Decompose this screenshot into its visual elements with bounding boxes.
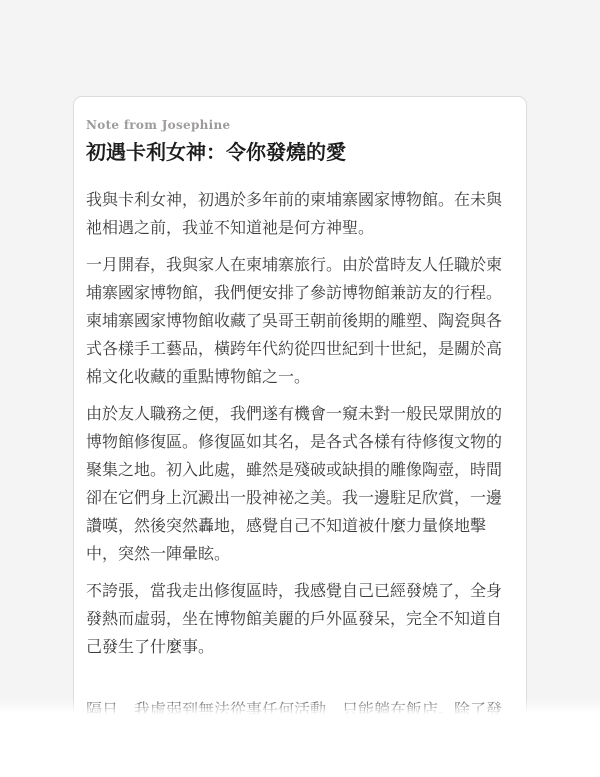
article-paragraph-2: 一月開春，我與家人在柬埔寨旅行。由於當時友人任職於柬埔寨國家博物館，我們便安排了… <box>86 252 514 392</box>
article-paragraph-1: 我與卡利女神，初遇於多年前的柬埔寨國家博物館。在未與祂相遇之前，我並不知道祂是何… <box>86 187 514 243</box>
article-paragraph-4: 不誇張，當我走出修復區時，我感覺自己已經發燒了，全身發熱而虛弱，坐在博物館美麗的… <box>86 578 514 662</box>
article-paragraph-3: 由於友人職務之便，我們遂有機會一窺未對一般民眾開放的博物館修復區。修復區如其名，… <box>86 401 514 569</box>
note-author-label: Note from Josephine <box>86 118 514 132</box>
page-background: { "colors": { "page_background": "#f4f4f… <box>0 0 600 777</box>
article-title: 初遇卡利女神：令你發燒的愛 <box>86 139 514 167</box>
article-paragraph-5: 隔日，我虛弱到無法從事任何活動，只能躺在飯店。除了發燒，我並無任何症狀，只是感到… <box>86 697 514 777</box>
note-card: Note from Josephine 初遇卡利女神：令你發燒的愛 我與卡利女神… <box>73 96 527 777</box>
article-body: 我與卡利女神，初遇於多年前的柬埔寨國家博物館。在未與祂相遇之前，我並不知道祂是何… <box>86 187 514 777</box>
